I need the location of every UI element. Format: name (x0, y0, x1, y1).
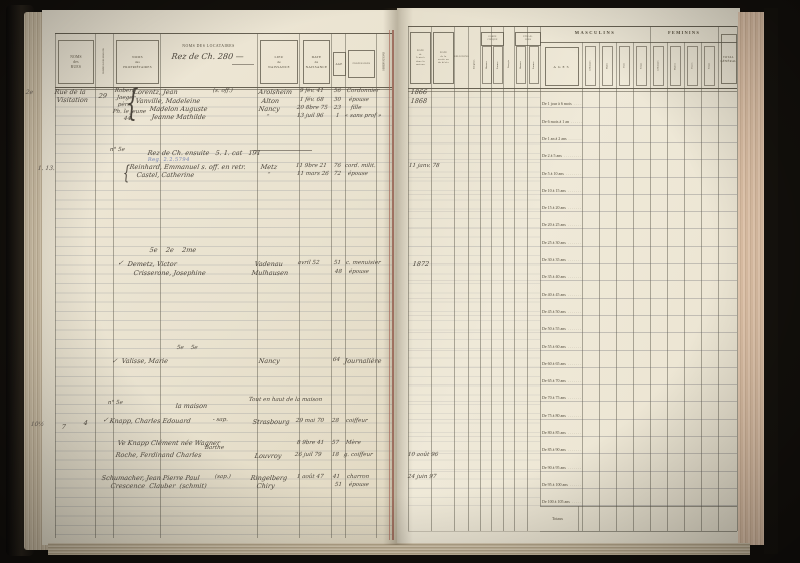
header-lieu-naissance: LIEUdeNAISSANCE (260, 40, 298, 84)
rule-line (408, 228, 540, 229)
handwritten-entry: charron (346, 475, 369, 481)
age-row-label: De 10 à 15 ans (542, 188, 582, 193)
rule-line (55, 33, 392, 34)
handwritten-entry: 56 (333, 89, 341, 95)
handwritten-entry: 64 (332, 358, 340, 364)
handwritten-entry: Demetz, Victor (127, 261, 177, 268)
rule-line (540, 298, 737, 299)
handwritten-entry: 9 fév. 41 (299, 89, 324, 95)
handwritten-entry: Rue de la (54, 89, 86, 96)
rule-line (540, 107, 737, 108)
rule-line (408, 280, 540, 281)
rule-line (667, 42, 668, 531)
rule-line (514, 26, 515, 531)
rule-line (718, 26, 719, 531)
age-row-label: De 15 à 20 ans (542, 205, 582, 210)
rule-line (408, 350, 540, 351)
handwritten-entry: 76 (333, 164, 341, 170)
handwritten-entry: Knapp, Charles Edouard (109, 418, 191, 425)
age-row-label: De 65 à 70 ans (542, 378, 582, 383)
rule-line (540, 177, 737, 178)
handwritten-entry: Jeanne Mathilde (151, 114, 206, 121)
age-row-label: De 100 à 105 ans (542, 499, 582, 504)
photo-open-register-book: NOMSdesRUESNUMÉROS DES MAISONSNOMSdesPRO… (0, 0, 800, 563)
rule-line (650, 26, 651, 531)
header-feminins: FEMININS (650, 30, 718, 35)
age-row-label: De 50 à 55 ans (542, 326, 582, 331)
rule-line (540, 142, 737, 143)
handwritten-entry: (s. off.) (212, 89, 233, 95)
rule-line (408, 367, 540, 368)
handwritten-entry: Madelon Auguste (149, 106, 208, 113)
handwritten-entry: 26 juil 79 (294, 453, 321, 459)
age-row-label: De 95 à 100 ans (542, 482, 582, 487)
header-garde-civique: GARDECIVIQUE (481, 32, 504, 46)
handwritten-entry: 1. 13. (37, 166, 55, 172)
rule-line (480, 26, 481, 531)
rule-line (540, 350, 737, 351)
rule-line (540, 315, 737, 316)
handwritten-entry: Ringelberg (250, 475, 287, 482)
age-row-label: De 85 à 90 ans (542, 447, 582, 452)
rule-line (540, 26, 541, 506)
handwritten-entry: 24 juin 97 (407, 475, 436, 481)
handwritten-entry: 1866 (410, 89, 427, 96)
handwritten-entry: 18 (331, 453, 339, 459)
handwritten-entry: Vadenau (254, 261, 283, 268)
header-age: AGE (333, 52, 346, 76)
handwritten-entry: 72 (333, 172, 341, 178)
handwritten-entry: ✓ (111, 358, 118, 365)
handwritten-entry: Castel, Catherine (136, 172, 194, 179)
rule-line (540, 471, 737, 472)
rule-line (408, 246, 540, 247)
handwritten-entry: Journalière (344, 358, 382, 365)
header-noms-locataires: NOMS DES LOCATAIRES (162, 44, 255, 48)
header-total-general: TOTALGÉNÉRAL (721, 34, 737, 84)
handwritten-entry: 5e 5e (176, 346, 198, 352)
handwritten-entry: 48 (334, 270, 342, 276)
rule-line (345, 33, 346, 538)
handwritten-entry: la maison (175, 403, 207, 410)
header-feminins-sub-1: Mariées (670, 46, 681, 86)
header-etrangers-hommes: Hommes (516, 46, 526, 84)
handwritten-entry: 2e (25, 90, 33, 96)
age-row-label: De 75 à 80 ans (542, 413, 582, 418)
rule-line (540, 384, 737, 385)
rule-line (408, 125, 540, 126)
header-feminins-sub-2: Veuves (687, 46, 698, 86)
rule-line (408, 194, 540, 195)
rule-line (408, 488, 540, 489)
rule-line (540, 246, 737, 247)
age-row-label: De 60 à 65 ans (542, 361, 582, 366)
age-row-label: De 55 à 60 ans (542, 344, 582, 349)
handwritten-entry: 20 8bre 75 (296, 106, 328, 112)
header-date-naissance-line: NAISSANCE (306, 65, 328, 70)
handwritten-entry: Roche, Ferdinand Charles (115, 452, 202, 459)
rule-line (540, 42, 737, 43)
header-etrangers: ÉTRAN-GERS (515, 32, 541, 46)
handwritten-entry: avril 52 (297, 261, 319, 267)
rule-line (684, 42, 685, 531)
header-garde-civique-line: CIVIQUE (487, 39, 497, 42)
header-date-sortie-line: du décès (438, 61, 449, 64)
rule-line (701, 42, 702, 531)
handwritten-entry: Cordonnier (346, 89, 379, 95)
rule-line (737, 26, 738, 531)
totaux-label: Totaux (552, 516, 563, 521)
header-professions: PROFESSIONS (348, 50, 375, 78)
header-noms-rues: NOMSdesRUES (58, 40, 94, 84)
rule-line (408, 142, 540, 143)
handwritten-entry: n° 5e (107, 401, 123, 407)
rule-line (408, 88, 737, 89)
rule-line (540, 332, 737, 333)
header-religions: RELIGIONS (454, 56, 468, 58)
rule-line (408, 26, 737, 27)
header-masculins-sub-2: Veufs (619, 46, 630, 86)
header-noms-proprietaires-line: PROPRIÉTAIRES (123, 65, 152, 70)
header-masculins: MASCULINS (540, 30, 650, 35)
rule-line (540, 531, 737, 532)
header-garde-femmes: Femmes (493, 46, 503, 84)
handwritten-entry: 13 juil 96 (296, 114, 323, 120)
rule-line (408, 211, 540, 212)
handwritten-entry: Louvroy (254, 453, 282, 460)
age-row-label: De 25 à 30 ans (542, 240, 582, 245)
age-row-label: De 5 à 10 ans (542, 171, 582, 176)
handwritten-entry: Alton (261, 98, 279, 105)
rule-line (540, 211, 737, 212)
handwritten-entry: 57 (331, 441, 339, 447)
rule-line (582, 42, 583, 531)
handwritten-entry: Strasbourg (252, 419, 290, 426)
handwritten-entry: Metz (260, 164, 277, 171)
handwritten-entry: Vanville, Madeleine (135, 98, 200, 105)
handwritten-entry: Mulhausen (251, 270, 288, 277)
age-row-label: De 80 à 85 ans (542, 430, 582, 435)
handwritten-entry: 1872 (412, 261, 429, 268)
handwritten-entry: coiffeur (345, 419, 368, 425)
age-row-label: De 2 à 5 ans (542, 153, 582, 158)
handwritten-entry: 51 (333, 261, 341, 267)
handwritten-entry: Crisserone, Josephine (133, 270, 206, 277)
rule-line (616, 42, 617, 531)
handwritten-entry: épouse (348, 98, 369, 104)
header-date-entree-line: maison (416, 63, 425, 66)
handwritten-entry: épouse (348, 483, 369, 489)
page-stack-right-edge (738, 12, 766, 545)
handwritten-entry: 4 (83, 420, 88, 427)
rule-line (95, 33, 96, 538)
header-professions-line: PROFESSIONS (353, 63, 371, 65)
handwritten-entry: 7 (61, 424, 66, 431)
handwritten-entry: 5e 2e 2me (149, 247, 196, 254)
handwritten-entry: 11 janv. 78 (408, 164, 439, 170)
rule-line (408, 159, 540, 160)
handwritten-entry: Arolsheim (258, 89, 292, 96)
rule-line (408, 332, 540, 333)
header-etrangers-line: GERS (525, 39, 531, 42)
rule-line (540, 159, 737, 160)
handwritten-entry: 10 août 96 (407, 453, 438, 459)
handwritten-entry: 11 9bre 21 (295, 164, 327, 170)
rule-line (540, 125, 737, 126)
header-lieu-naissance-line: NAISSANCE (268, 65, 290, 70)
rule-line (540, 280, 737, 281)
handwritten-entry: « sans prof » (344, 114, 381, 120)
header-feminins-sub-3: Totaux (704, 46, 715, 86)
handwritten-entry: 1 fév. 68 (299, 98, 324, 104)
header-masculins-sub-1: Mariés (602, 46, 613, 86)
age-row-label: De 70 à 75 ans (542, 395, 582, 400)
age-row-label: De 40 à 45 ans (542, 292, 582, 297)
rule-line (331, 33, 332, 538)
rule-line (408, 177, 540, 178)
rule-line (408, 91, 737, 92)
handwritten-entry: 1 (335, 114, 339, 120)
header-indigenes: Indigènes (469, 44, 479, 84)
rule-line (527, 26, 528, 531)
rule-line (633, 42, 634, 531)
handwritten-entry: 28 (331, 419, 339, 425)
rule-line (491, 26, 492, 531)
header-numeros-maisons: NUMÉROS DES MAISONS (98, 38, 110, 84)
header-masculins-sub-0: Célibataires (585, 46, 596, 86)
rule-line (408, 531, 540, 532)
handwritten-entry: Nancy (258, 106, 280, 113)
handwritten-entry: Visitation (56, 97, 88, 104)
age-row-label: De 20 à 25 ans (542, 222, 582, 227)
handwritten-entry: Schumacher, Jean Pierre Paul (101, 475, 200, 482)
handwritten-entry: Lorentz, Jean (133, 89, 178, 96)
age-row-label: De 1 an à 2 ans (542, 136, 582, 141)
rule-line (454, 26, 455, 531)
handwritten-entry: épouse (348, 270, 369, 276)
age-row-label: De 6 mois à 1 an (542, 119, 582, 124)
header-feminins-sub-0: Célibataires (653, 46, 664, 86)
handwritten-entry: Crescence Clauber (schmit) (110, 483, 207, 490)
rule-line (540, 453, 737, 454)
handwritten-entry: Mère (345, 441, 361, 447)
rule-line (540, 436, 737, 437)
handwritten-entry: ✓ (102, 417, 109, 424)
header-etrangers-femmes: Femmes (529, 46, 539, 84)
header-locataires-handwritten: Rez de Ch. 280 — (171, 53, 244, 61)
header-noms-rues-line: RUES (71, 65, 81, 70)
handwritten-entry: 11 mars 26 (296, 172, 329, 178)
header-francais: Français (504, 44, 513, 84)
book-gutter-shadow (383, 8, 413, 545)
handwritten-entry: Valisse, Marie (121, 358, 168, 365)
handwritten-entry: n° 5e (109, 148, 125, 154)
handwritten-entry: 51 (334, 483, 342, 489)
age-row-label: De 1 jour à 6 mois (542, 101, 582, 106)
handwritten-entry: Chiry (256, 483, 275, 490)
handwritten-entry: épouse (347, 172, 368, 178)
rule-line (408, 471, 540, 472)
header-garde-hommes: Hommes (482, 46, 492, 84)
rule-line (540, 263, 737, 264)
age-row-label: De 90 à 95 ans (542, 465, 582, 470)
header-age-line: AGE (335, 62, 342, 66)
handwritten-entry: Barthe (204, 446, 224, 452)
rule-line (540, 194, 737, 195)
header-ages: AGES (545, 47, 579, 86)
rule-line (408, 436, 540, 437)
handwritten-entry: c. menuisier (345, 261, 381, 267)
handwritten-entry: cord. milit. (344, 164, 376, 170)
header-masculins-sub-3: Totaux (636, 46, 647, 86)
rule-line (599, 42, 600, 531)
rule-line (540, 401, 737, 402)
rule-line (408, 298, 540, 299)
rule-line (540, 488, 737, 489)
handwritten-entry: Reinhard, Emmanuel s. off. en retr. (129, 164, 246, 171)
handwritten-entry: 10½ (30, 422, 44, 428)
rule-line (232, 64, 254, 65)
handwritten-entry: (sap.) (214, 475, 231, 481)
rule-line (540, 419, 737, 420)
header-observations: OBSERVATIONS (378, 40, 390, 84)
rule-line (408, 401, 540, 402)
handwritten-entry: g. coiffeur (343, 453, 373, 459)
handwritten-entry: - sap. (212, 418, 228, 424)
handwritten-entry: Tout en haut de la maison (248, 398, 322, 404)
rule-line (540, 505, 737, 506)
rule-line (540, 228, 737, 229)
handwritten-entry: 29 mai 70 (295, 419, 324, 425)
rule-line (503, 26, 504, 531)
age-row-label: De 30 à 35 ans (542, 257, 582, 262)
rule-line (408, 419, 540, 420)
rule-line (55, 33, 56, 538)
age-row-label: De 45 à 50 ans (542, 309, 582, 314)
handwritten-entry: Rez de Ch. ensuite 5. 1. cat 191 (147, 150, 261, 157)
rule-line (578, 506, 579, 531)
handwritten-entry: Nancy (258, 358, 280, 365)
handwritten-entry: 41 (332, 475, 340, 481)
book-cover-right-edge (764, 8, 778, 554)
handwritten-entry: 29 (98, 93, 107, 100)
rule-line (408, 107, 540, 108)
header-noms-proprietaires: NOMSdesPROPRIÉTAIRES (116, 40, 159, 84)
rule-line (540, 367, 737, 368)
handwritten-entry: 30 (333, 98, 341, 104)
handwritten-entry: 1868 (410, 98, 427, 105)
handwritten-entry: ✓ (117, 260, 124, 267)
rule-line (408, 505, 540, 506)
age-row-label: De 35 à 40 ans (542, 274, 582, 279)
rule-line (468, 26, 469, 531)
rule-line (408, 315, 540, 316)
handwritten-entry: 1 août 47 (296, 475, 323, 481)
rule-line (408, 384, 540, 385)
handwritten-entry: 8 9bre 41 (296, 441, 324, 447)
header-date-sortie: DATEde lasortie oudu décès (433, 32, 454, 84)
header-date-naissance: DATEdeNAISSANCE (303, 40, 330, 84)
header-total-general-line: GÉNÉRAL (720, 59, 736, 63)
rule-line (376, 33, 377, 538)
handwritten-entry: fille (350, 106, 361, 112)
header-date-entree: DATEdel'entréedans lamaison (410, 32, 431, 84)
handwritten-entry: 23 (333, 106, 341, 112)
header-ages-line: AGES (553, 65, 570, 69)
